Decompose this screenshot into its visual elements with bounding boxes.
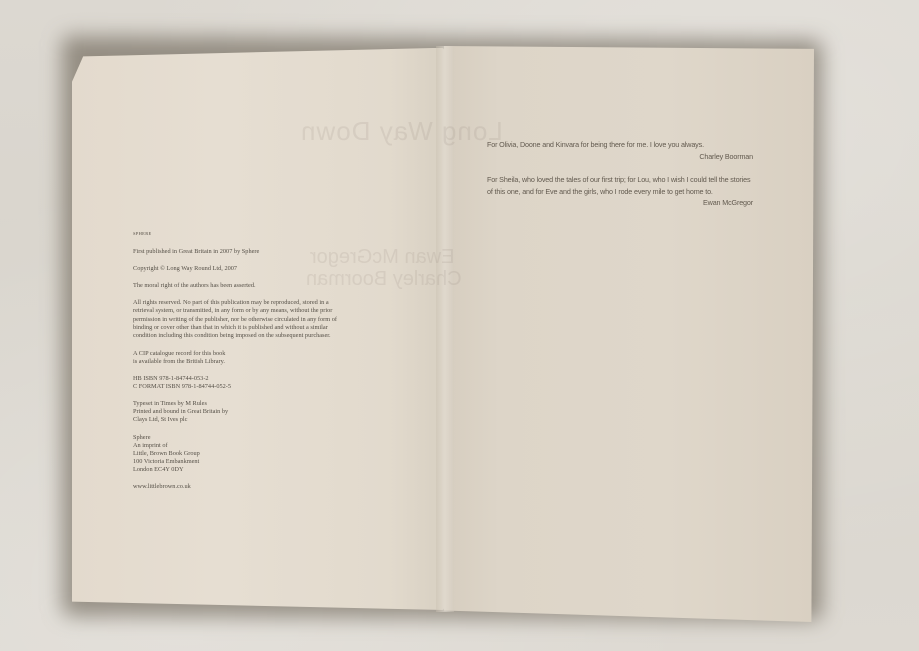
dedication-1-text: For Olivia, Doone and Kinvara for being …	[487, 139, 757, 151]
first-published: First published in Great Britain in 2007…	[133, 248, 343, 256]
production-credits: Typeset in Times by M Rules Printed and …	[133, 400, 343, 424]
dedication-1-signature: Charley Boorman	[487, 151, 757, 163]
dedication-page-text: For Olivia, Doone and Kinvara for being …	[487, 139, 757, 221]
isbn-block: HB ISBN 978-1-84744-053-2 C FORMAT ISBN …	[133, 375, 343, 391]
address-line-5: London EC4Y 0DY	[133, 466, 343, 474]
publisher-website: www.littlebrown.co.uk	[133, 483, 343, 491]
cip-line-2: is available from the British Library.	[133, 358, 343, 366]
showthrough-title: Long Way Down	[300, 116, 503, 147]
production-line-1: Typeset in Times by M Rules	[133, 400, 343, 408]
copyright-notice: Copyright © Long Way Round Ltd, 2007	[133, 265, 343, 273]
address-line-1: Sphere	[133, 434, 343, 442]
rights-reserved: All rights reserved. No part of this pub…	[133, 299, 343, 339]
cip-line-1: A CIP catalogue record for this book	[133, 350, 343, 358]
copyright-page-text: SPHERE First published in Great Britain …	[133, 230, 343, 500]
production-line-2: Printed and bound in Great Britain by	[133, 408, 343, 416]
publisher-mark: SPHERE	[133, 230, 343, 238]
address-line-4: 100 Victoria Embankment	[133, 458, 343, 466]
dedication-2-signature: Ewan McGregor	[487, 197, 757, 209]
moral-rights: The moral right of the authors has been …	[133, 282, 343, 290]
isbn-c-format: C FORMAT ISBN 978-1-84744-052-5	[133, 383, 343, 391]
address-line-2: An imprint of	[133, 442, 343, 450]
production-line-3: Clays Ltd, St Ives plc	[133, 416, 343, 424]
isbn-hb: HB ISBN 978-1-84744-053-2	[133, 375, 343, 383]
cip-record: A CIP catalogue record for this book is …	[133, 350, 343, 366]
dedication-2-text: For Sheila, who loved the tales of our f…	[487, 174, 757, 197]
address-line-3: Little, Brown Book Group	[133, 450, 343, 458]
publisher-address: Sphere An imprint of Little, Brown Book …	[133, 434, 343, 474]
